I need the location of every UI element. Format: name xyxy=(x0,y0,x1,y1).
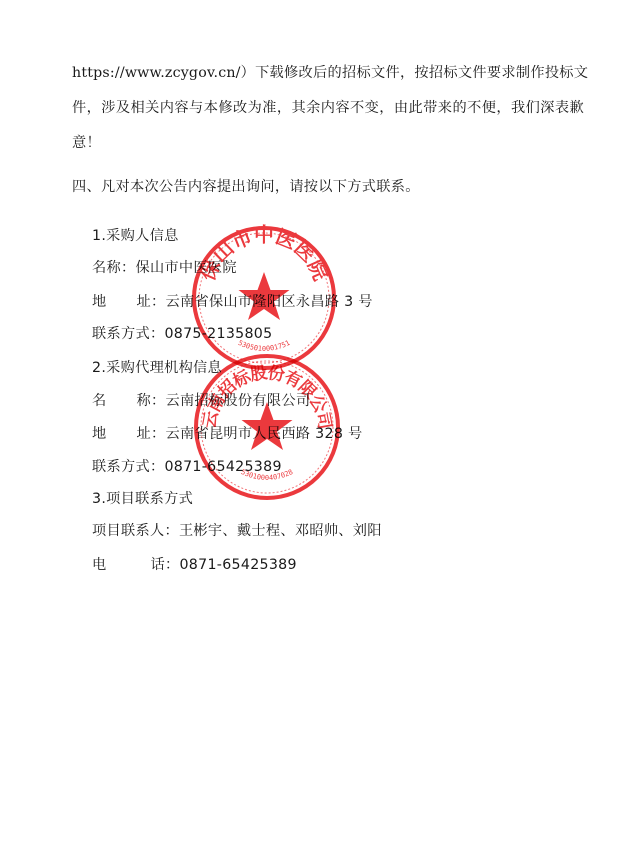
project-phone-row: 电话：0871-65425389 xyxy=(92,556,297,574)
paragraph-line-1: https://www.zcygov.cn/）下载修改后的招标文件，按招标文件要… xyxy=(72,64,584,82)
agency-contact-row: 联系方式：0871-65425389 xyxy=(92,458,282,476)
purchaser-name-value: 保山市中医医院 xyxy=(135,260,236,276)
purchaser-heading: 1.采购人信息 xyxy=(92,227,179,245)
url-text: https://www.zcygov.cn/） xyxy=(72,65,255,81)
purchaser-contact-row: 联系方式：0875-2135805 xyxy=(92,325,272,343)
purchaser-name-row: 名称：保山市中医医院 xyxy=(92,259,237,277)
agency-heading: 2.采购代理机构信息 xyxy=(92,359,222,377)
paragraph-text: 下载修改后的招标文件，按招标文件要求制作投标文 xyxy=(255,65,588,81)
paragraph-line-3: 意！ xyxy=(72,134,584,152)
project-phone-label-b: 话： xyxy=(151,557,180,573)
purchaser-address-label-b: 址： xyxy=(137,294,166,310)
agency-contact-label: 联系方式： xyxy=(92,459,164,475)
purchaser-contact-label: 联系方式： xyxy=(92,326,164,342)
agency-address-value: 云南省昆明市人民西路 328 号 xyxy=(165,426,362,442)
agency-name-row: 名称：云南招标股份有限公司 xyxy=(92,392,310,410)
project-phone-value: 0871-65425389 xyxy=(179,557,296,573)
project-contact-person-row: 项目联系人：王彬宇、戴士程、邓昭帅、刘阳 xyxy=(92,522,382,540)
purchaser-name-label: 名称： xyxy=(92,260,135,276)
purchaser-contact-value: 0875-2135805 xyxy=(164,326,272,342)
project-heading: 3.项目联系方式 xyxy=(92,490,193,508)
purchaser-address-label-a: 地 xyxy=(92,294,107,310)
purchaser-address-value: 云南省保山市隆阳区永昌路 3 号 xyxy=(165,294,372,310)
purchaser-address-row: 地址：云南省保山市隆阳区永昌路 3 号 xyxy=(92,293,373,311)
agency-name-value: 云南招标股份有限公司 xyxy=(165,393,310,409)
document-page: https://www.zcygov.cn/）下载修改后的招标文件，按招标文件要… xyxy=(0,0,630,851)
agency-name-label-a: 名 xyxy=(92,393,107,409)
agency-address-label-a: 地 xyxy=(92,426,107,442)
paragraph-line-2: 件，涉及相关内容与本修改为准，其余内容不变，由此带来的不便，我们深表歉 xyxy=(72,99,584,117)
agency-address-label-b: 址： xyxy=(137,426,166,442)
project-phone-label-a: 电 xyxy=(92,557,107,573)
section-heading: 四、凡对本次公告内容提出询问，请按以下方式联系。 xyxy=(72,178,420,196)
project-contact-person-label: 项目联系人： xyxy=(92,523,179,539)
agency-contact-value: 0871-65425389 xyxy=(164,459,281,475)
agency-name-label-b: 称： xyxy=(137,393,166,409)
agency-address-row: 地址：云南省昆明市人民西路 328 号 xyxy=(92,425,362,443)
project-contact-person-value: 王彬宇、戴士程、邓昭帅、刘阳 xyxy=(179,523,382,539)
